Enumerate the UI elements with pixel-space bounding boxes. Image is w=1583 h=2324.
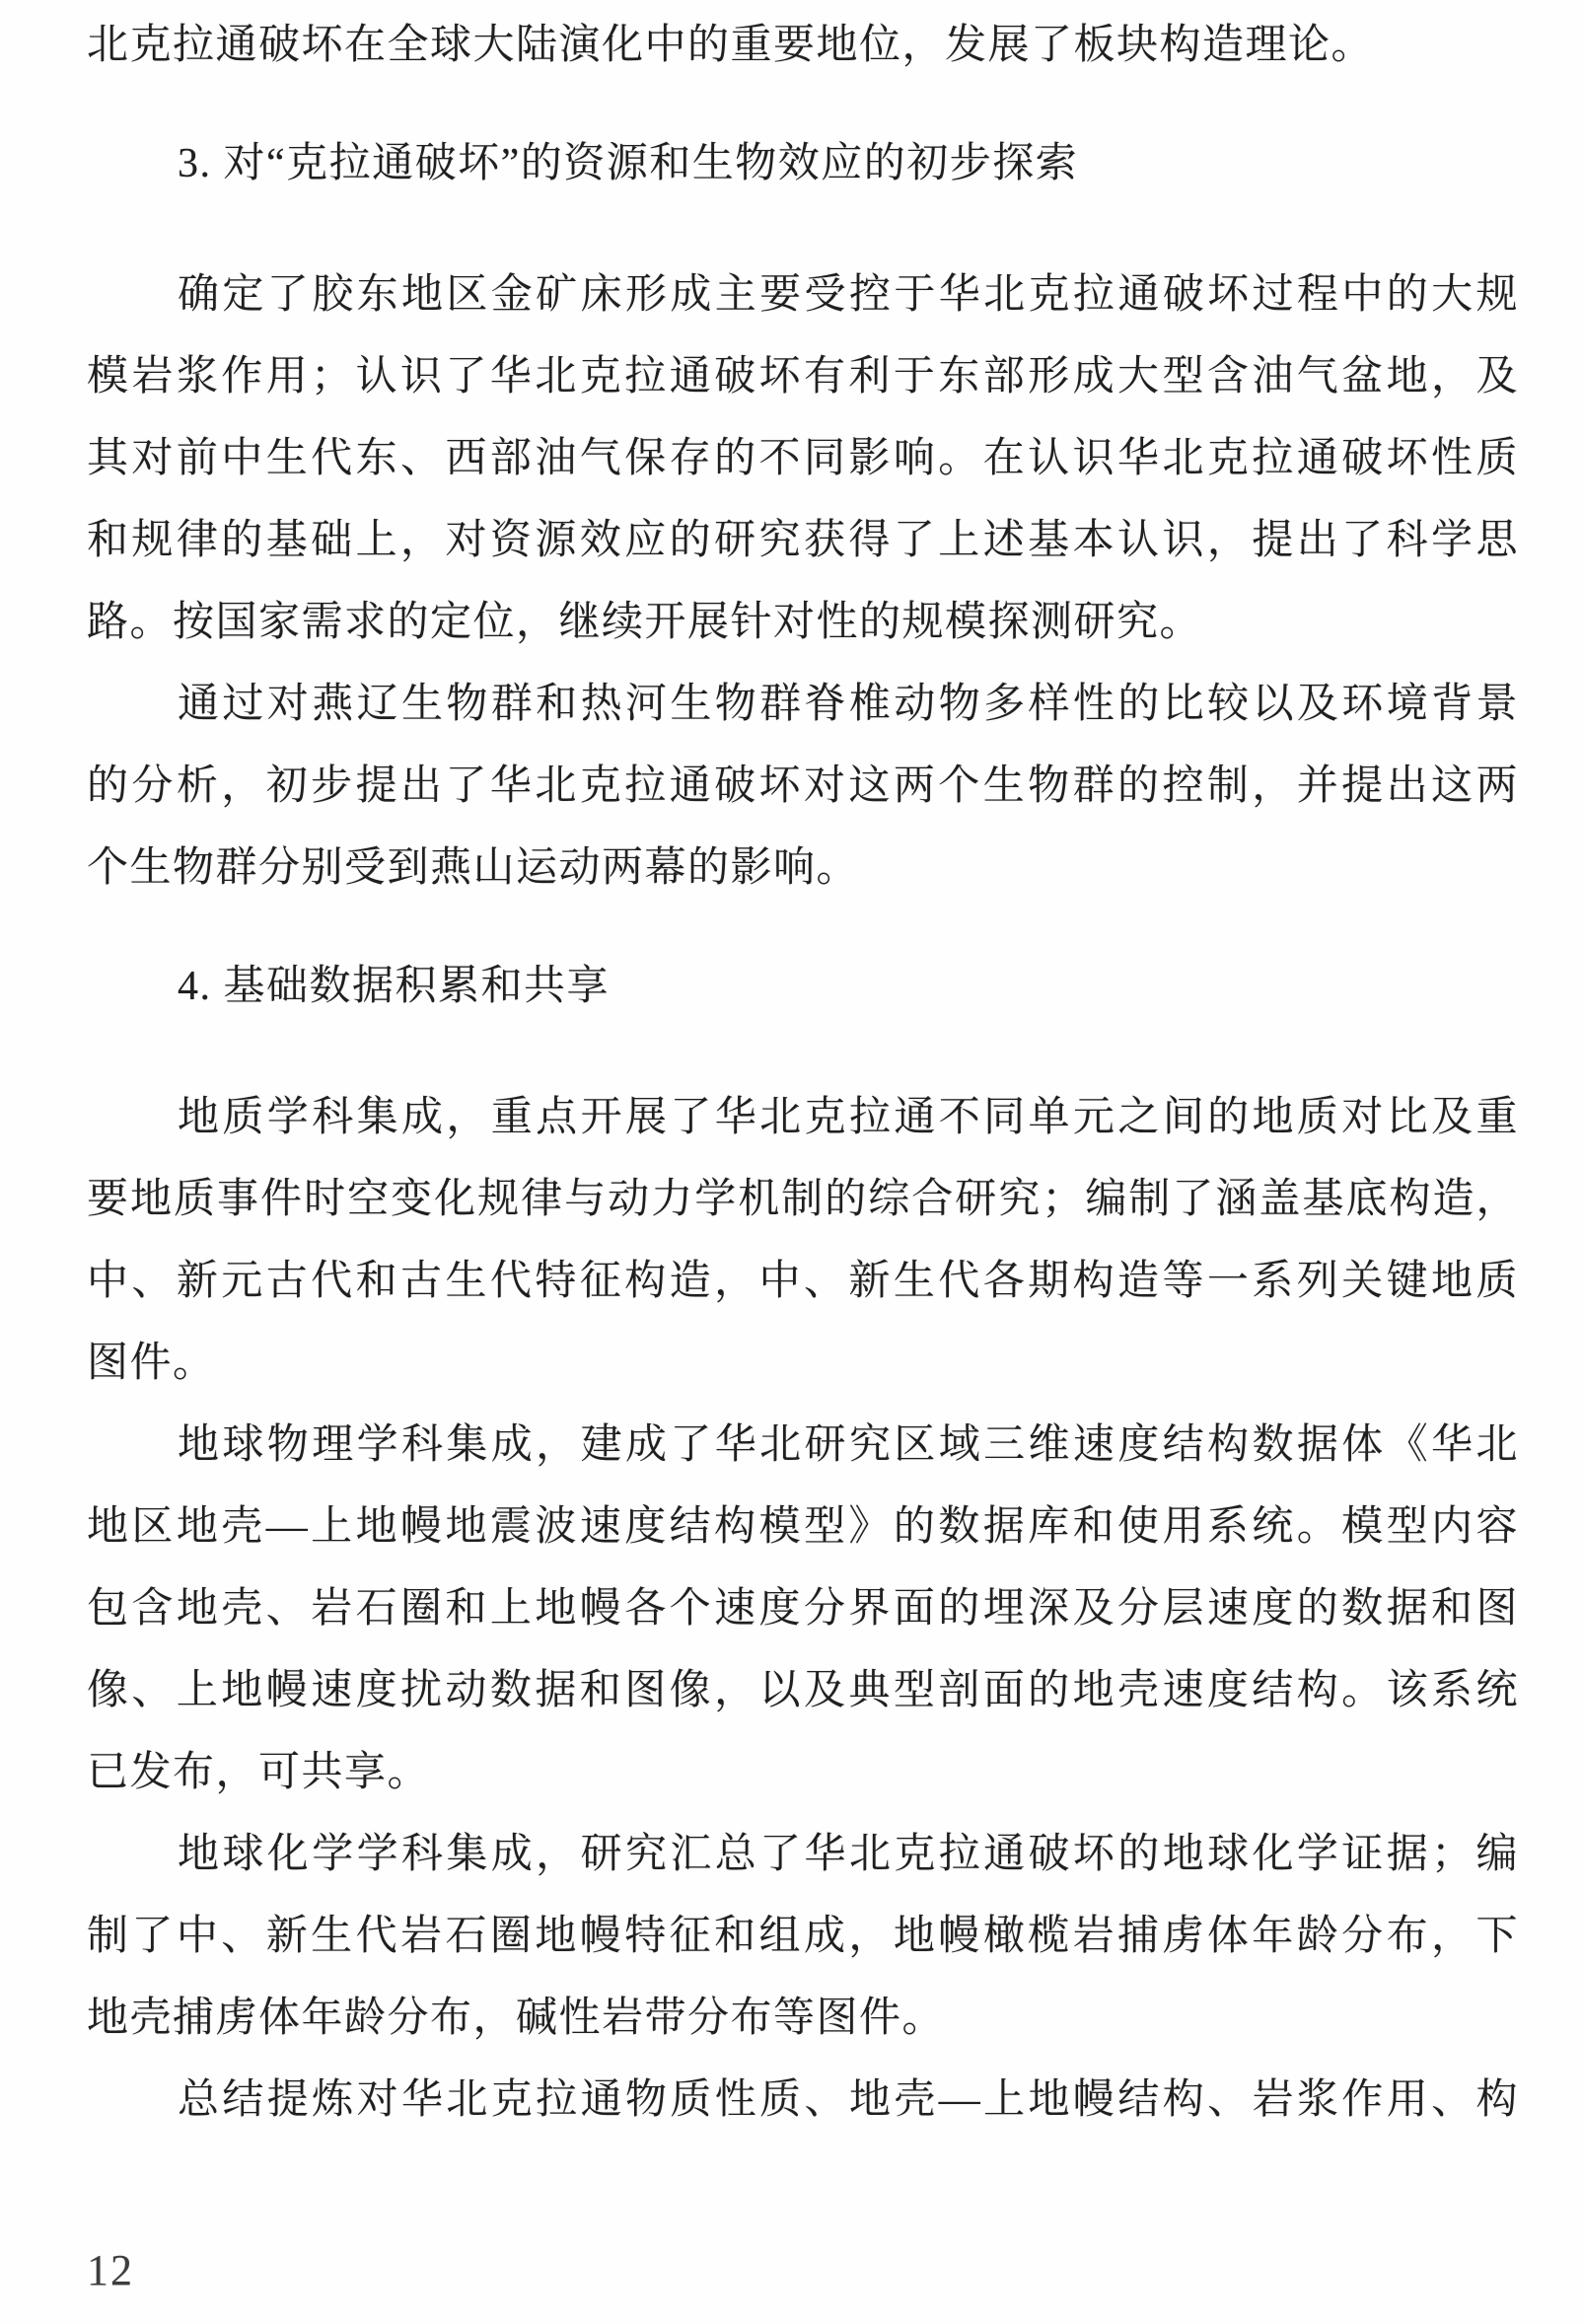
text-line: 总结提炼对华北克拉通物质性质、地壳—上地幔结构、岩浆作用、构	[87, 2060, 1519, 2142]
text-line: 像、上地幔速度扰动数据和图像，以及典型剖面的地壳速度结构。该系统	[87, 1650, 1519, 1732]
text-line: 地壳捕虏体年龄分布，碱性岩带分布等图件。	[87, 1978, 1519, 2060]
text-line: 地球化学学科集成，研究汇总了华北克拉通破坏的地球化学证据；编	[87, 1814, 1519, 1896]
text-line: 图件。	[87, 1323, 1519, 1405]
text-line: 包含地壳、岩石圈和上地幔各个速度分界面的埋深及分层速度的数据和图	[87, 1568, 1519, 1650]
text-line: 通过对燕辽生物群和热河生物群脊椎动物多样性的比较以及环境背景	[87, 664, 1519, 746]
text-line: 要地质事件时空变化规律与动力学机制的综合研究；编制了涵盖基底构造，	[87, 1159, 1519, 1241]
text-line: 制了中、新生代岩石圈地幔特征和组成，地幔橄榄岩捕虏体年龄分布，下	[87, 1896, 1519, 1978]
text-line: 路。按国家需求的定位，继续开展针对性的规模探测研究。	[87, 582, 1519, 664]
section-heading-4: 4. 基础数据积累和共享	[87, 946, 1519, 1028]
text-line: 北克拉通破坏在全球大陆演化中的重要地位，发展了板块构造理论。	[87, 5, 1519, 87]
text-line: 中、新元古代和古生代特征构造，中、新生代各期构造等一系列关键地质	[87, 1241, 1519, 1323]
text-block: 北克拉通破坏在全球大陆演化中的重要地位，发展了板块构造理论。 3. 对“克拉通破…	[87, 5, 1519, 2142]
text-line: 其对前中生代东、西部油气保存的不同影响。在认识华北克拉通破坏性质	[87, 418, 1519, 500]
text-line: 地区地壳—上地幔地震波速度结构模型》的数据库和使用系统。模型内容	[87, 1487, 1519, 1568]
text-line: 地质学科集成，重点开展了华北克拉通不同单元之间的地质对比及重	[87, 1077, 1519, 1159]
text-line: 地球物理学科集成，建成了华北研究区域三维速度结构数据体《华北	[87, 1405, 1519, 1487]
text-line: 模岩浆作用；认识了华北克拉通破坏有利于东部形成大型含油气盆地，及	[87, 336, 1519, 418]
text-line: 和规律的基础上，对资源效应的研究获得了上述基本认识，提出了科学思	[87, 500, 1519, 582]
section-heading-3: 3. 对“克拉通破坏”的资源和生物效应的初步探索	[87, 123, 1519, 205]
page-number: 12	[87, 2241, 134, 2300]
document-page: 北克拉通破坏在全球大陆演化中的重要地位，发展了板块构造理论。 3. 对“克拉通破…	[0, 0, 1583, 2324]
text-line: 确定了胶东地区金矿床形成主要受控于华北克拉通破坏过程中的大规	[87, 254, 1519, 336]
text-line: 的分析，初步提出了华北克拉通破坏对这两个生物群的控制，并提出这两	[87, 746, 1519, 828]
text-line: 已发布，可共享。	[87, 1732, 1519, 1814]
text-line: 个生物群分别受到燕山运动两幕的影响。	[87, 828, 1519, 909]
